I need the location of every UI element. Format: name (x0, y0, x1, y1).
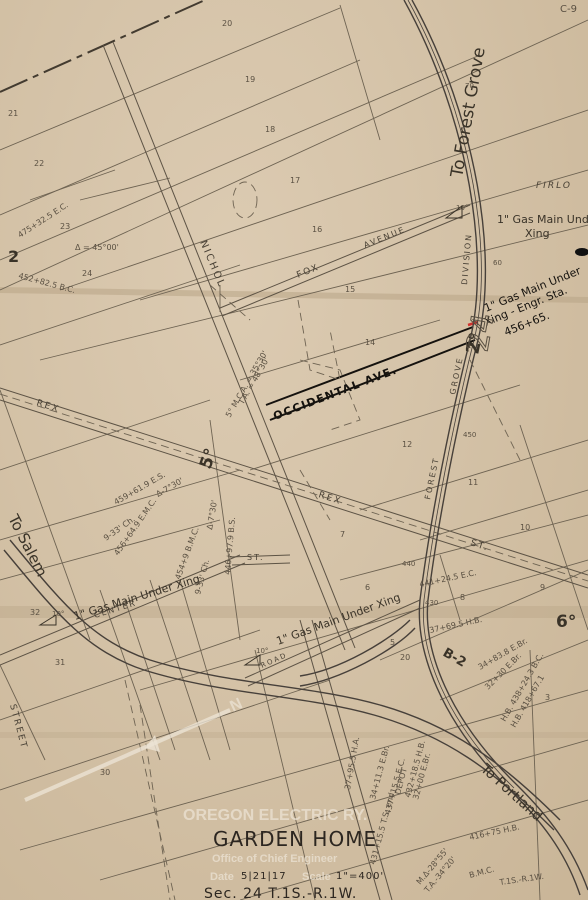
street-label-forest: FOREST (423, 456, 441, 500)
title-office: Office of Chief Engineer (212, 853, 338, 865)
section-line (0, 0, 205, 92)
title-name: GARDEN HOME (213, 827, 377, 851)
rex-street (0, 388, 588, 588)
svg-text:11: 11 (468, 478, 478, 487)
svg-text:450: 450 (463, 431, 476, 439)
street-label-firlo: FIRLO (536, 181, 572, 191)
svg-text:19: 19 (245, 75, 255, 84)
title-date: 5|21|17 (241, 871, 287, 882)
svg-text:441+24.5 E.C.: 441+24.5 E.C. (419, 568, 478, 589)
street-label-division: DIVISION (460, 233, 474, 286)
svg-text:B.M.C.: B.M.C. (468, 865, 495, 880)
title-section: Sec. 24 T.1S.-R.1W. (204, 886, 357, 900)
svg-text:20: 20 (222, 19, 232, 28)
svg-text:7: 7 (340, 530, 345, 539)
direction-to-salem: To Salem (4, 511, 51, 580)
street-label-street: STREET (7, 703, 29, 750)
svg-text:20: 20 (400, 653, 410, 662)
street-label-st-small: ST. (247, 553, 265, 562)
svg-text:10: 10 (520, 523, 530, 532)
svg-text:23: 23 (60, 222, 70, 231)
svg-text:14: 14 (365, 338, 375, 347)
svg-text:21: 21 (8, 109, 18, 118)
svg-text:Δ-7°30': Δ-7°30' (205, 499, 219, 530)
section-number-24: 24 (460, 311, 501, 355)
svg-text:32: 32 (30, 608, 40, 617)
title-date-label: Date (210, 871, 234, 883)
curve-label-5: 5° (196, 446, 222, 472)
svg-text:1" Gas Main Under: 1" Gas Main Under (497, 213, 588, 226)
svg-text:446+97.9 B.S.: 446+97.9 B.S. (223, 517, 237, 576)
gas-main-annotation-mid: 1" Gas Main Under Xing 10° (245, 591, 402, 665)
svg-text:22: 22 (34, 159, 44, 168)
svg-text:31: 31 (55, 658, 65, 667)
svg-text:9: 9 (540, 583, 545, 592)
svg-text:16: 16 (312, 225, 322, 234)
svg-text:17: 17 (290, 176, 300, 185)
street-label-occidental: OCCIDENTAL AVE. (271, 363, 399, 422)
title-block: OREGON ELECTRIC RY. GARDEN HOME Office o… (183, 807, 384, 900)
survey-map: C-9 To Forest Grove To Salem To Portland… (0, 0, 588, 900)
ink-blot (575, 248, 588, 256)
title-scale-label: Scale (302, 871, 331, 883)
svg-text:416+75 H.B.: 416+75 H.B. (469, 823, 521, 842)
svg-text:12: 12 (402, 440, 412, 449)
svg-text:60: 60 (493, 259, 502, 267)
svg-text:30: 30 (100, 768, 110, 777)
railway-forest-grove-division (404, 0, 588, 895)
svg-text:15: 15 (345, 285, 355, 294)
north-arrow-label: N (228, 695, 246, 715)
svg-text:Δ = 45°00': Δ = 45°00' (75, 243, 119, 252)
sheet-id: C-9 (560, 4, 577, 15)
street-label-fox: FOX (295, 263, 321, 281)
svg-text:3: 3 (545, 693, 550, 702)
svg-text:70: 70 (465, 82, 474, 90)
svg-text:T.1S.-R.1W.: T.1S.-R.1W. (498, 872, 544, 887)
svg-text:6: 6 (365, 583, 370, 592)
svg-text:10°: 10° (256, 647, 268, 655)
north-arrow: N (25, 695, 245, 800)
title-company: OREGON ELECTRIC RY. (183, 807, 367, 824)
curve-data: 475+32.5 E.C. Δ = 45°00' 452+82.5 B.C. 5… (16, 201, 546, 896)
title-scale: 1"=400' (336, 871, 384, 882)
section-number-2: 2 (8, 247, 19, 266)
svg-text:440: 440 (402, 560, 415, 568)
svg-text:18: 18 (265, 125, 275, 134)
svg-text:Xing: Xing (525, 227, 550, 240)
bridge-label-b2: B-2 (440, 645, 469, 670)
svg-text:24: 24 (82, 269, 92, 278)
curve-label-6: 6° (556, 612, 576, 632)
svg-text:5: 5 (390, 638, 395, 647)
svg-text:8: 8 (460, 593, 465, 602)
svg-text:430: 430 (425, 599, 438, 607)
map-canvas: C-9 To Forest Grove To Salem To Portland… (0, 0, 588, 900)
